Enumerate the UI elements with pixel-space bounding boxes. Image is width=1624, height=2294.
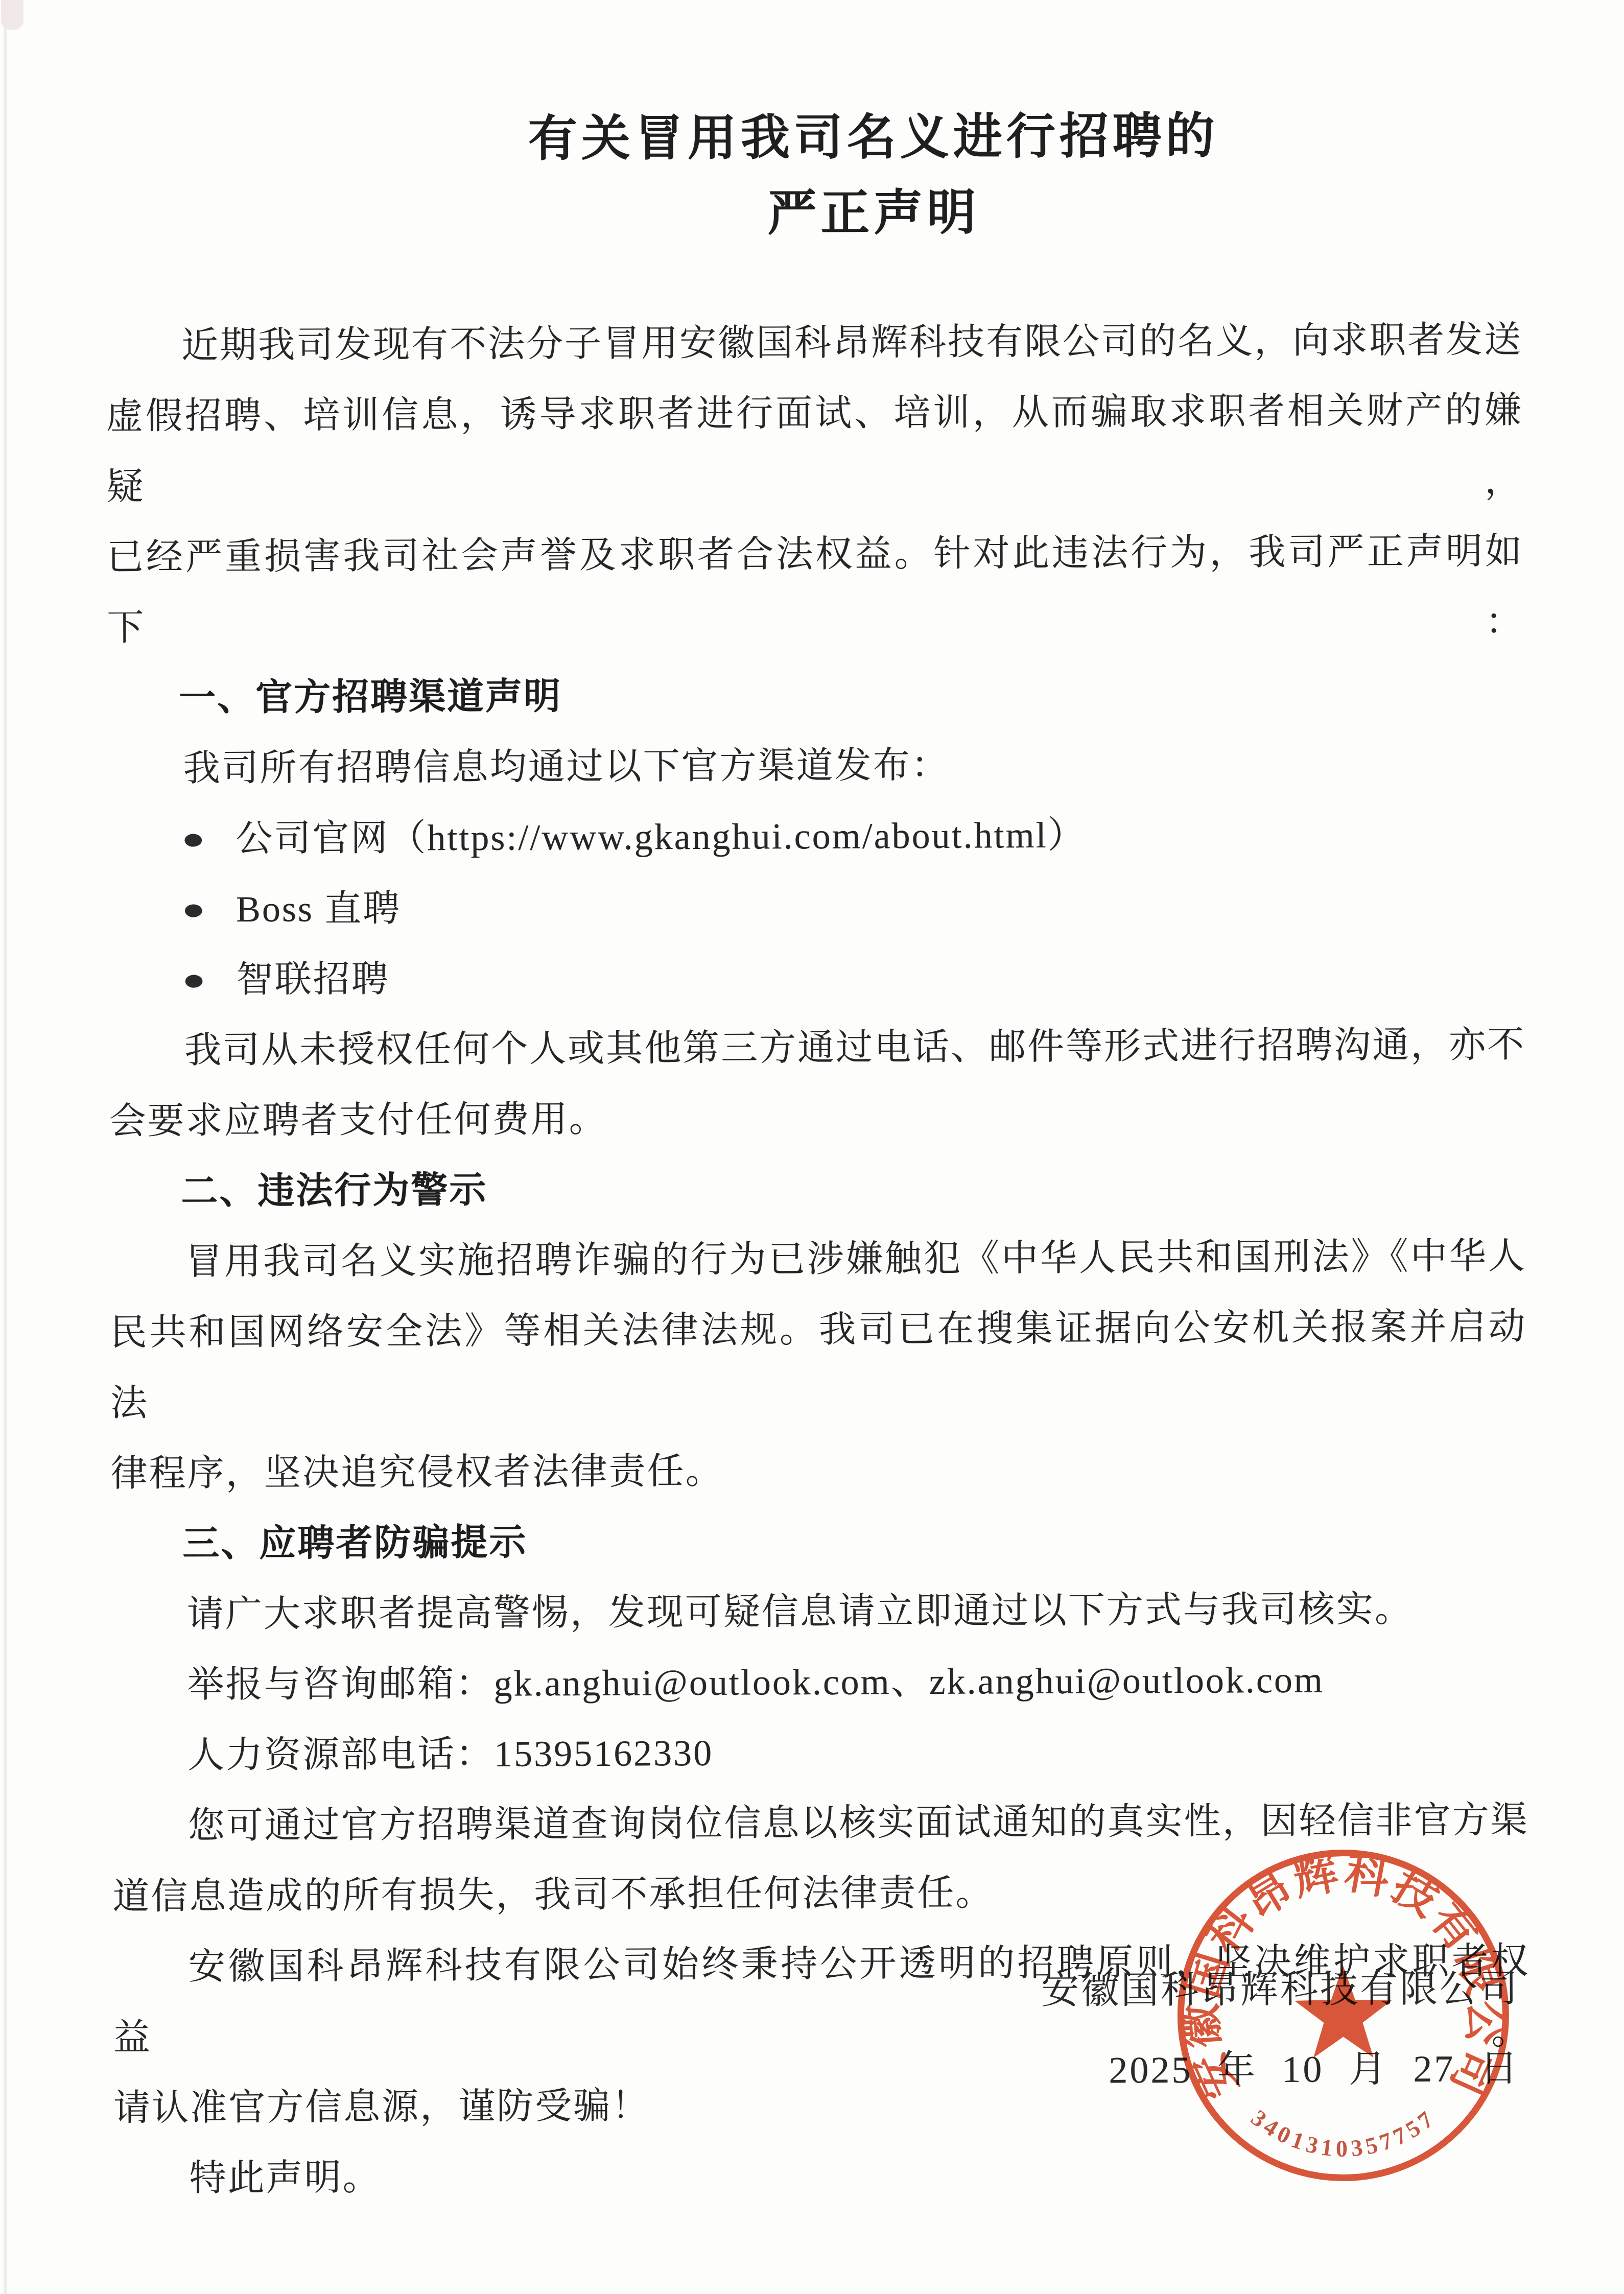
body-line: 冒用我司名义实施招聘诈骗的行为已涉嫌触犯《中华人民共和国刑法》《中华人: [110, 1221, 1527, 1297]
body-line: 我司从未授权任何个人或其他第三方通过电话、邮件等形式进行招聘沟通，亦不: [109, 1009, 1526, 1086]
title-line-2: 严正声明: [166, 172, 1583, 254]
bullet-item-label: 公司官网（https://www.gkanghui.com/about.html…: [236, 800, 1086, 874]
bullet-item-official-site: ● 公司官网（https://www.gkanghui.com/about.ht…: [108, 798, 1525, 874]
scanned-statement-page: 有关冒用我司名义进行招聘的 严正声明 近期我司发现有不法分子冒用安徽国科昂辉科技…: [0, 0, 1624, 2294]
title-line-1: 有关冒用我司名义进行招聘的: [165, 97, 1582, 178]
body-line: 虚假招聘、培训信息，诱导求职者进行面试、培训，从而骗取求职者相关财产的嫌疑，: [106, 375, 1523, 522]
bullet-dot-icon: ●: [182, 944, 208, 1015]
bullet-item-label: Boss 直聘: [236, 873, 402, 944]
bullet-item-zhaopin: ● 智联招聘: [108, 939, 1525, 1015]
bullet-dot-icon: ●: [181, 803, 207, 874]
bullet-item-boss-zhipin: ● Boss 直聘: [108, 868, 1525, 945]
body-line: 我司所有招聘信息均通过以下官方渠道发布：: [107, 727, 1524, 804]
body-line: 会要求应聘者支付任何费用。: [109, 1080, 1526, 1156]
section-heading-official-channels: 一、官方招聘渠道声明: [107, 657, 1524, 734]
section-heading-anti-fraud-tips: 三、应聘者防骗提示: [111, 1503, 1528, 1579]
body-line: 民共和国网络安全法》等相关法律法规。我司已在搜集证据向公安机关报案并启动法: [110, 1291, 1527, 1438]
page-title: 有关冒用我司名义进行招聘的 严正声明: [165, 97, 1582, 254]
seal-star-icon: [1295, 1965, 1392, 2058]
bullet-item-label: 智联招聘: [236, 944, 390, 1015]
section-heading-illegal-acts-warning: 二、违法行为警示: [109, 1150, 1526, 1227]
report-email-line: 举报与咨询邮箱：gk.anghui@outlook.com、zk.anghui@…: [111, 1644, 1528, 1720]
body-line: 请广大求职者提高警惕，发现可疑信息请立即通过以下方式与我司核实。: [111, 1573, 1528, 1650]
hr-phone-line: 人力资源部电话：15395162330: [112, 1714, 1529, 1791]
bullet-dot-icon: ●: [181, 874, 208, 944]
body-line: 近期我司发现有不法分子冒用安徽国科昂辉科技有限公司的名义，向求职者发送: [106, 304, 1523, 381]
body-line: 已经严重损害我司社会声誉及求职者合法权益。针对此违法行为，我司严正声明如下：: [107, 516, 1524, 663]
seal-number-arc-text: 3401310357757: [1246, 2104, 1441, 2162]
body-line: 律程序，坚决追究侵权者法律责任。: [110, 1432, 1527, 1509]
svg-text:3401310357757: 3401310357757: [1246, 2104, 1441, 2162]
company-seal: 安徽国科昂辉科技有限公司 3401310357757: [1164, 1836, 1523, 2195]
